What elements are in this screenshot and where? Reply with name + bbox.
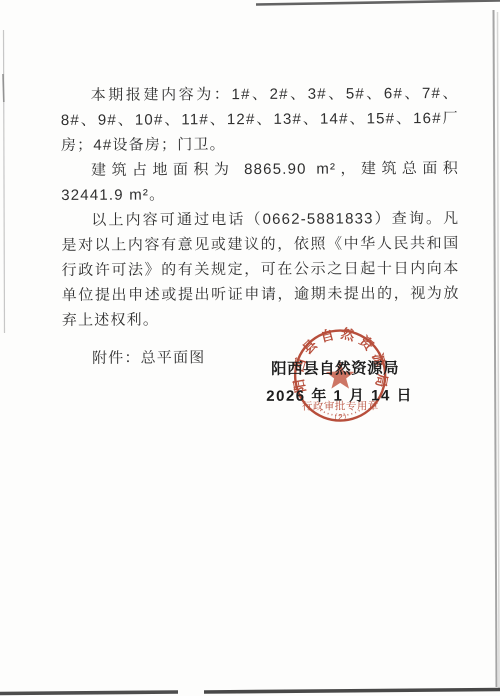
- scanned-document-page: 本期报建内容为：1#、2#、3#、5#、6#、7#、8#、9#、10#、11#、…: [0, 0, 500, 696]
- issue-date: 2026 年 1 月 14 日: [266, 384, 413, 406]
- attachment-line: 附件：总平面图: [62, 344, 460, 371]
- seal-index-text: （2）: [329, 412, 351, 422]
- paragraph-contact-and-rights: 以上内容可通过电话（0662-5881833）查询。凡是对以上内容有意见或建议的…: [61, 206, 460, 333]
- issuer-name: 阳西县自然资源局: [271, 356, 399, 379]
- paragraph-construction-items: 本期报建内容为：1#、2#、3#、5#、6#、7#、8#、9#、10#、11#、…: [61, 81, 459, 158]
- notice-text-block: 本期报建内容为：1#、2#、3#、5#、6#、7#、8#、9#、10#、11#、…: [61, 81, 461, 371]
- paragraph-building-area: 建筑占地面积为 8865.90 m²，建筑总面积 32441.9 m²。: [61, 156, 459, 208]
- scan-sheet: 本期报建内容为：1#、2#、3#、5#、6#、7#、8#、9#、10#、11#、…: [0, 0, 500, 696]
